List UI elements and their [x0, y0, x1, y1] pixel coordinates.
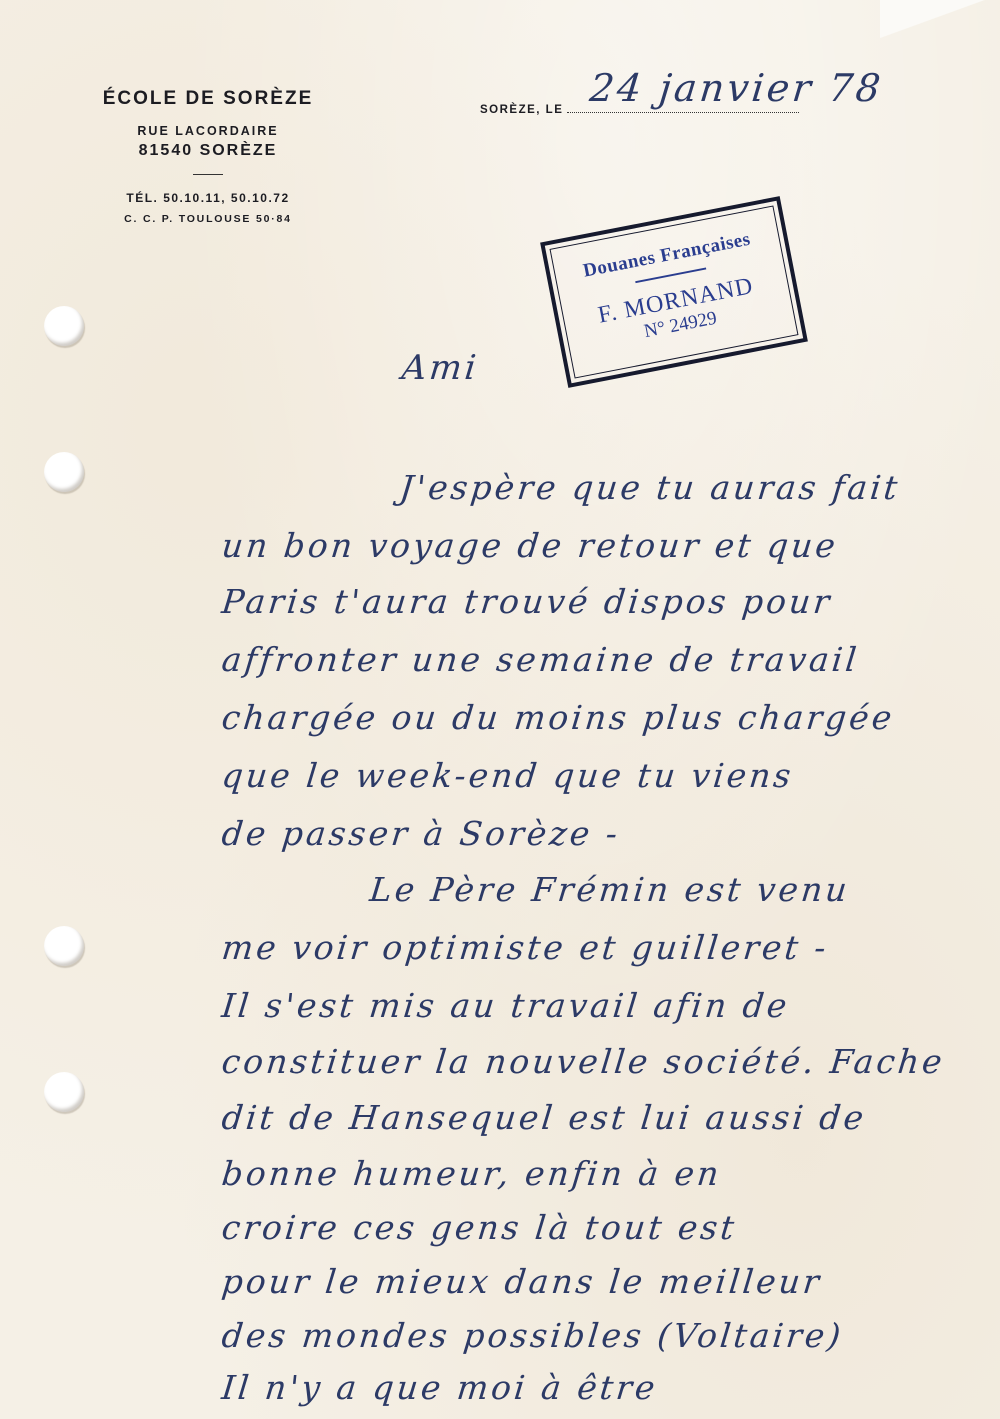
letter-line: des mondes possibles (Voltaire) [220, 1316, 845, 1355]
letter-line: me voir optimiste et guilleret - [220, 928, 831, 967]
postal-account: C. C. P. TOULOUSE 50·84 [68, 213, 348, 225]
city-address: 81540 SORÈZE [68, 142, 348, 160]
letter-line: pour le mieux dans le meilleur [220, 1262, 824, 1301]
letter-line: dit de Hansequel est lui aussi de [220, 1098, 868, 1137]
letter-line: de passer à Sorèze - [220, 814, 622, 853]
letter-line: J'espère que tu auras fait [398, 468, 902, 507]
letter-line: un bon voyage de retour et que [220, 526, 840, 565]
school-name: ÉCOLE DE SORÈZE [68, 88, 348, 110]
place-label: SORÈZE, LE [480, 104, 563, 116]
letter-line: chargée ou du moins plus chargée [220, 698, 897, 737]
letter-line: affronter une semaine de travail [220, 640, 861, 679]
letter-line: Paris t'aura trouvé dispos pour [220, 582, 834, 621]
letter-line: bonne humeur, enfin à en [220, 1154, 724, 1193]
telephone-numbers: TÉL. 50.10.11, 50.10.72 [68, 191, 348, 205]
punch-hole-icon [44, 452, 84, 492]
punch-hole-icon [44, 306, 84, 346]
letterhead: ÉCOLE DE SORÈZE RUE LACORDAIRE 81540 SOR… [68, 88, 348, 225]
punch-hole-icon [44, 1072, 84, 1112]
punch-hole-icon [44, 926, 84, 966]
letter-line: croire ces gens là tout est [220, 1208, 739, 1247]
folded-corner [880, 0, 1000, 40]
handwritten-date: 24 janvier 78 [588, 66, 886, 110]
salutation: Ami [400, 348, 481, 388]
letter-line: constituer la nouvelle société. Fache [220, 1042, 947, 1081]
letter-line: Il n'y a que moi à être [220, 1368, 660, 1407]
letterhead-divider [193, 174, 223, 175]
street-address: RUE LACORDAIRE [68, 124, 348, 138]
letter-line: que le week-end que tu viens [220, 756, 796, 795]
letter-line: Le Père Frémin est venu [368, 870, 852, 909]
letter-line: Il s'est mis au travail afin de [220, 986, 792, 1025]
